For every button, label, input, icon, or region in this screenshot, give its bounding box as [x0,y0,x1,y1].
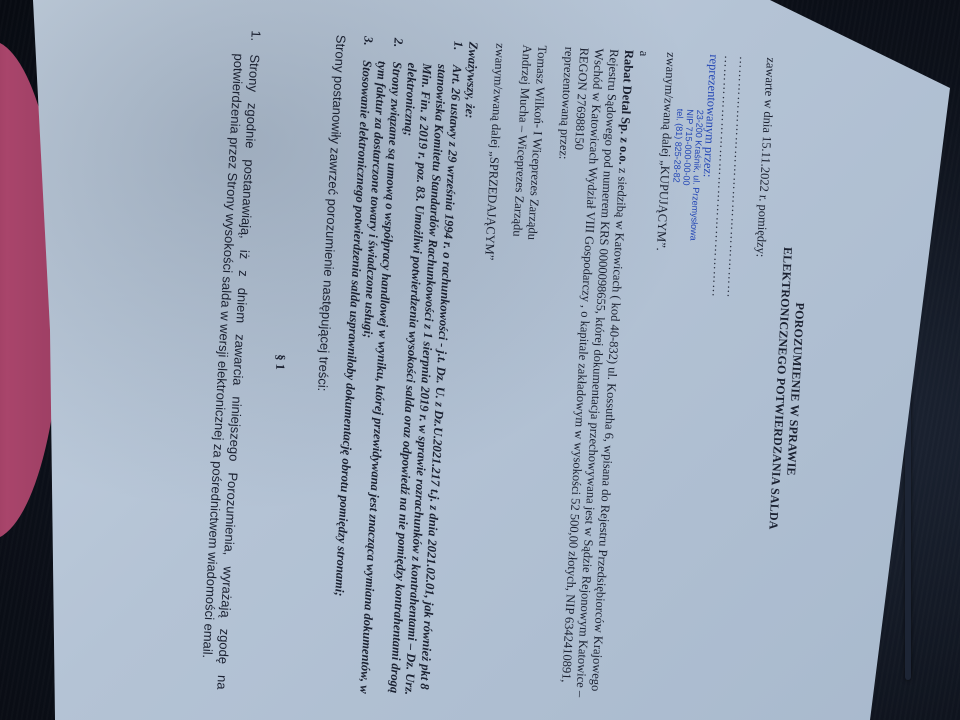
item-number: 3. [360,36,376,51]
document-page: POROZUMIENIE W SPRAWIE ELEKTRONICZNEGO P… [146,27,820,720]
section-1-item: 1. Strony zgodnie postanawiają, iż z dni… [197,29,263,690]
item-text: Strony zgodnie postanawiają, iż z dniem … [197,53,262,690]
item-number: 1. [405,38,466,55]
section-1-heading: § 1 [255,32,305,692]
item-number: 2. [375,37,406,53]
item-number: 1. [231,29,264,45]
